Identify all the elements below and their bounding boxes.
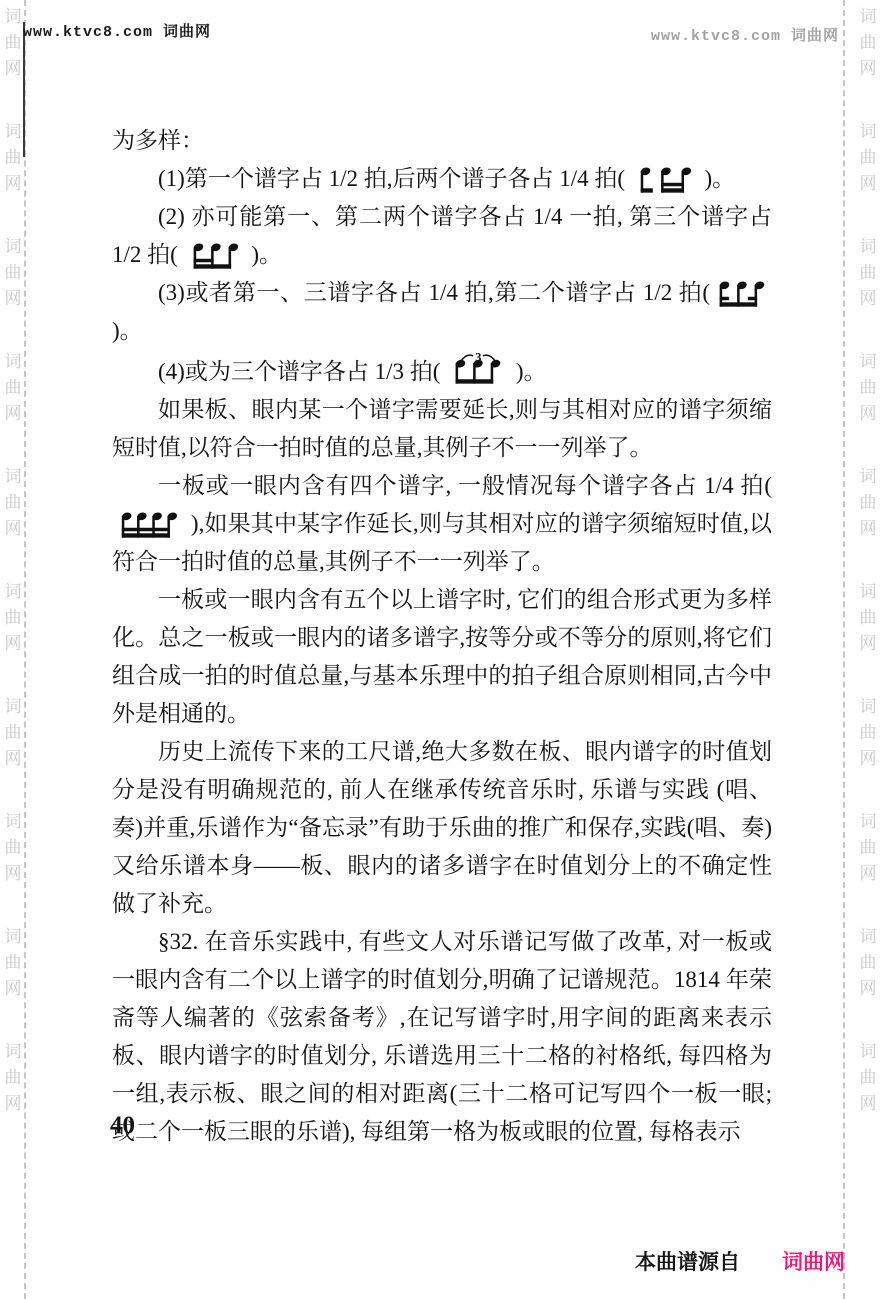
paragraph: 一板或一眼内含有四个谱字, 一般情况每个谱字各占 1/4 拍( ),如果其中某字… [112, 467, 772, 581]
paragraph: (3)或者第一、三谱字各占 1/4 拍,第二个谱字占 1/2 拍( )。 [112, 274, 772, 350]
footer-credit: 本曲谱源自 词曲网 [635, 1246, 845, 1276]
watermark-text: 词曲网 [857, 8, 879, 77]
watermark-text: 词曲网 [857, 1043, 879, 1112]
note-16-8-16-icon [715, 279, 767, 312]
watermark-text: 词曲网 [2, 698, 24, 767]
watermark-text: 词曲网 [857, 123, 879, 192]
footer-site-name: 词曲网 [782, 1246, 845, 1276]
paragraph: (2) 亦可能第一、第二两个谱字各占 1/4 一拍, 第三个谱字占 1/2 拍(… [112, 198, 772, 274]
watermark-text: 词曲网 [857, 238, 879, 307]
header-site-url-right: www.ktvc8.com 词曲网 [651, 24, 839, 45]
right-dashed-divider [843, 0, 845, 1299]
paragraph: (1)第一个谱字占 1/2 拍,后两个谱子各占 1/4 拍( )。 [112, 160, 772, 198]
note-16x4-icon [117, 510, 180, 543]
body-text: 为多样：(1)第一个谱字占 1/2 拍,后两个谱子各占 1/4 拍( )。(2)… [112, 122, 772, 1151]
paragraph: 历史上流传下来的工尺谱,绝大多数在板、眼内谱字的时值划分是没有明确规范的, 前人… [112, 733, 772, 923]
watermark-text: 词曲网 [857, 468, 879, 537]
watermark-text: 词曲网 [857, 928, 879, 997]
watermark-text: 词曲网 [2, 928, 24, 997]
paragraph: 一板或一眼内含有五个以上谱字时, 它们的组合形式更为多样化。总之一板或一眼内的诸… [112, 581, 772, 733]
watermark-text: 词曲网 [2, 1043, 24, 1112]
paragraph: §32. 在音乐实践中, 有些文人对乐谱记写做了改革, 对一板或一眼内含有二个以… [112, 923, 772, 1151]
watermark-text: 词曲网 [2, 123, 24, 192]
footer-source-text: 本曲谱源自 [635, 1246, 740, 1276]
watermark-text: 词曲网 [857, 353, 879, 422]
watermark-text: 词曲网 [2, 583, 24, 652]
watermark-text: 词曲网 [2, 813, 24, 882]
watermark-text: 词曲网 [2, 468, 24, 537]
watermark-text: 词曲网 [857, 698, 879, 767]
watermark-text: 词曲网 [857, 583, 879, 652]
paragraph: (4)或为三个谱字各占 1/3 拍( 3 )。 [112, 350, 772, 391]
left-dashed-divider [24, 0, 26, 1299]
left-watermark-column: 词曲网词曲网词曲网词曲网词曲网词曲网词曲网词曲网词曲网词曲网 [2, 0, 24, 1299]
header-site-url-left: www.ktvc8.com 词曲网 [23, 20, 211, 41]
note-8-16-16-icon [636, 165, 694, 198]
watermark-text: 词曲网 [2, 238, 24, 307]
note-triplet-icon: 3 [451, 350, 505, 389]
left-solid-divider-segment [23, 22, 25, 157]
watermark-text: 词曲网 [2, 8, 24, 77]
note-16-16-8-icon [189, 241, 241, 274]
watermark-text: 词曲网 [2, 353, 24, 422]
paragraph: 如果板、眼内某一个谱字需要延长,则与其相对应的谱字须缩短时值,以符合一拍时值的总… [112, 391, 772, 467]
page-number: 40 [110, 1112, 135, 1140]
right-watermark-column: 词曲网词曲网词曲网词曲网词曲网词曲网词曲网词曲网词曲网词曲网 [857, 0, 879, 1299]
watermark-text: 词曲网 [857, 813, 879, 882]
paragraph: 为多样： [112, 122, 772, 160]
